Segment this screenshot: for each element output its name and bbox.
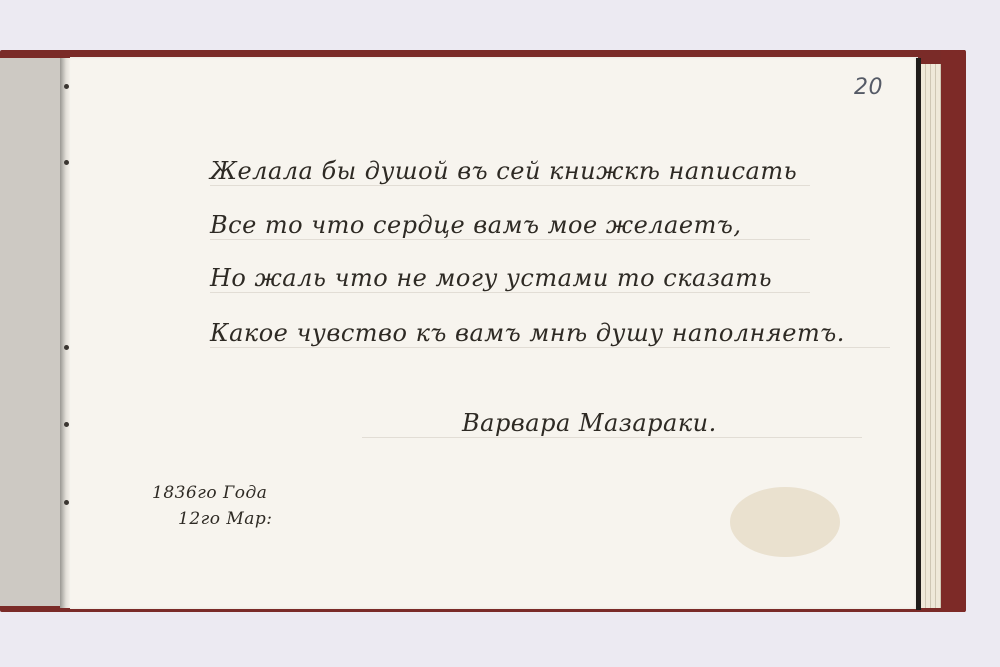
binding-stitch xyxy=(64,345,69,350)
ruled-line xyxy=(362,437,862,438)
poem-line-1: Желала бы душой въ сей книжкѣ написать xyxy=(210,157,797,185)
date-year: 1836го Года xyxy=(152,483,267,503)
cover-edge xyxy=(941,50,965,612)
date-day-month: 12го Мар: xyxy=(178,509,273,529)
ruled-line xyxy=(210,347,890,348)
binding-stitch xyxy=(64,422,69,427)
page-number: 20 xyxy=(854,75,883,100)
ruled-line xyxy=(210,185,810,186)
right-page: 20 Желала бы душой въ сей книжкѣ написат… xyxy=(70,57,918,609)
book-gutter xyxy=(60,58,70,608)
binding-stitch xyxy=(64,160,69,165)
ruled-line xyxy=(210,239,810,240)
page-stack-edge xyxy=(921,64,941,608)
poem-line-4: Какое чувство къ вамъ мнѣ душу наполняет… xyxy=(210,319,845,347)
ruled-line xyxy=(210,292,810,293)
signature: Варвара Мазараки. xyxy=(462,409,717,437)
poem-line-2: Все то что сердце вамъ мое желаетъ, xyxy=(210,211,741,239)
poem-line-3: Но жаль что не могу устами то сказать xyxy=(210,264,772,292)
paper-stain xyxy=(730,487,840,557)
binding-stitch xyxy=(64,500,69,505)
left-page xyxy=(0,58,64,606)
binding-stitch xyxy=(64,84,69,89)
